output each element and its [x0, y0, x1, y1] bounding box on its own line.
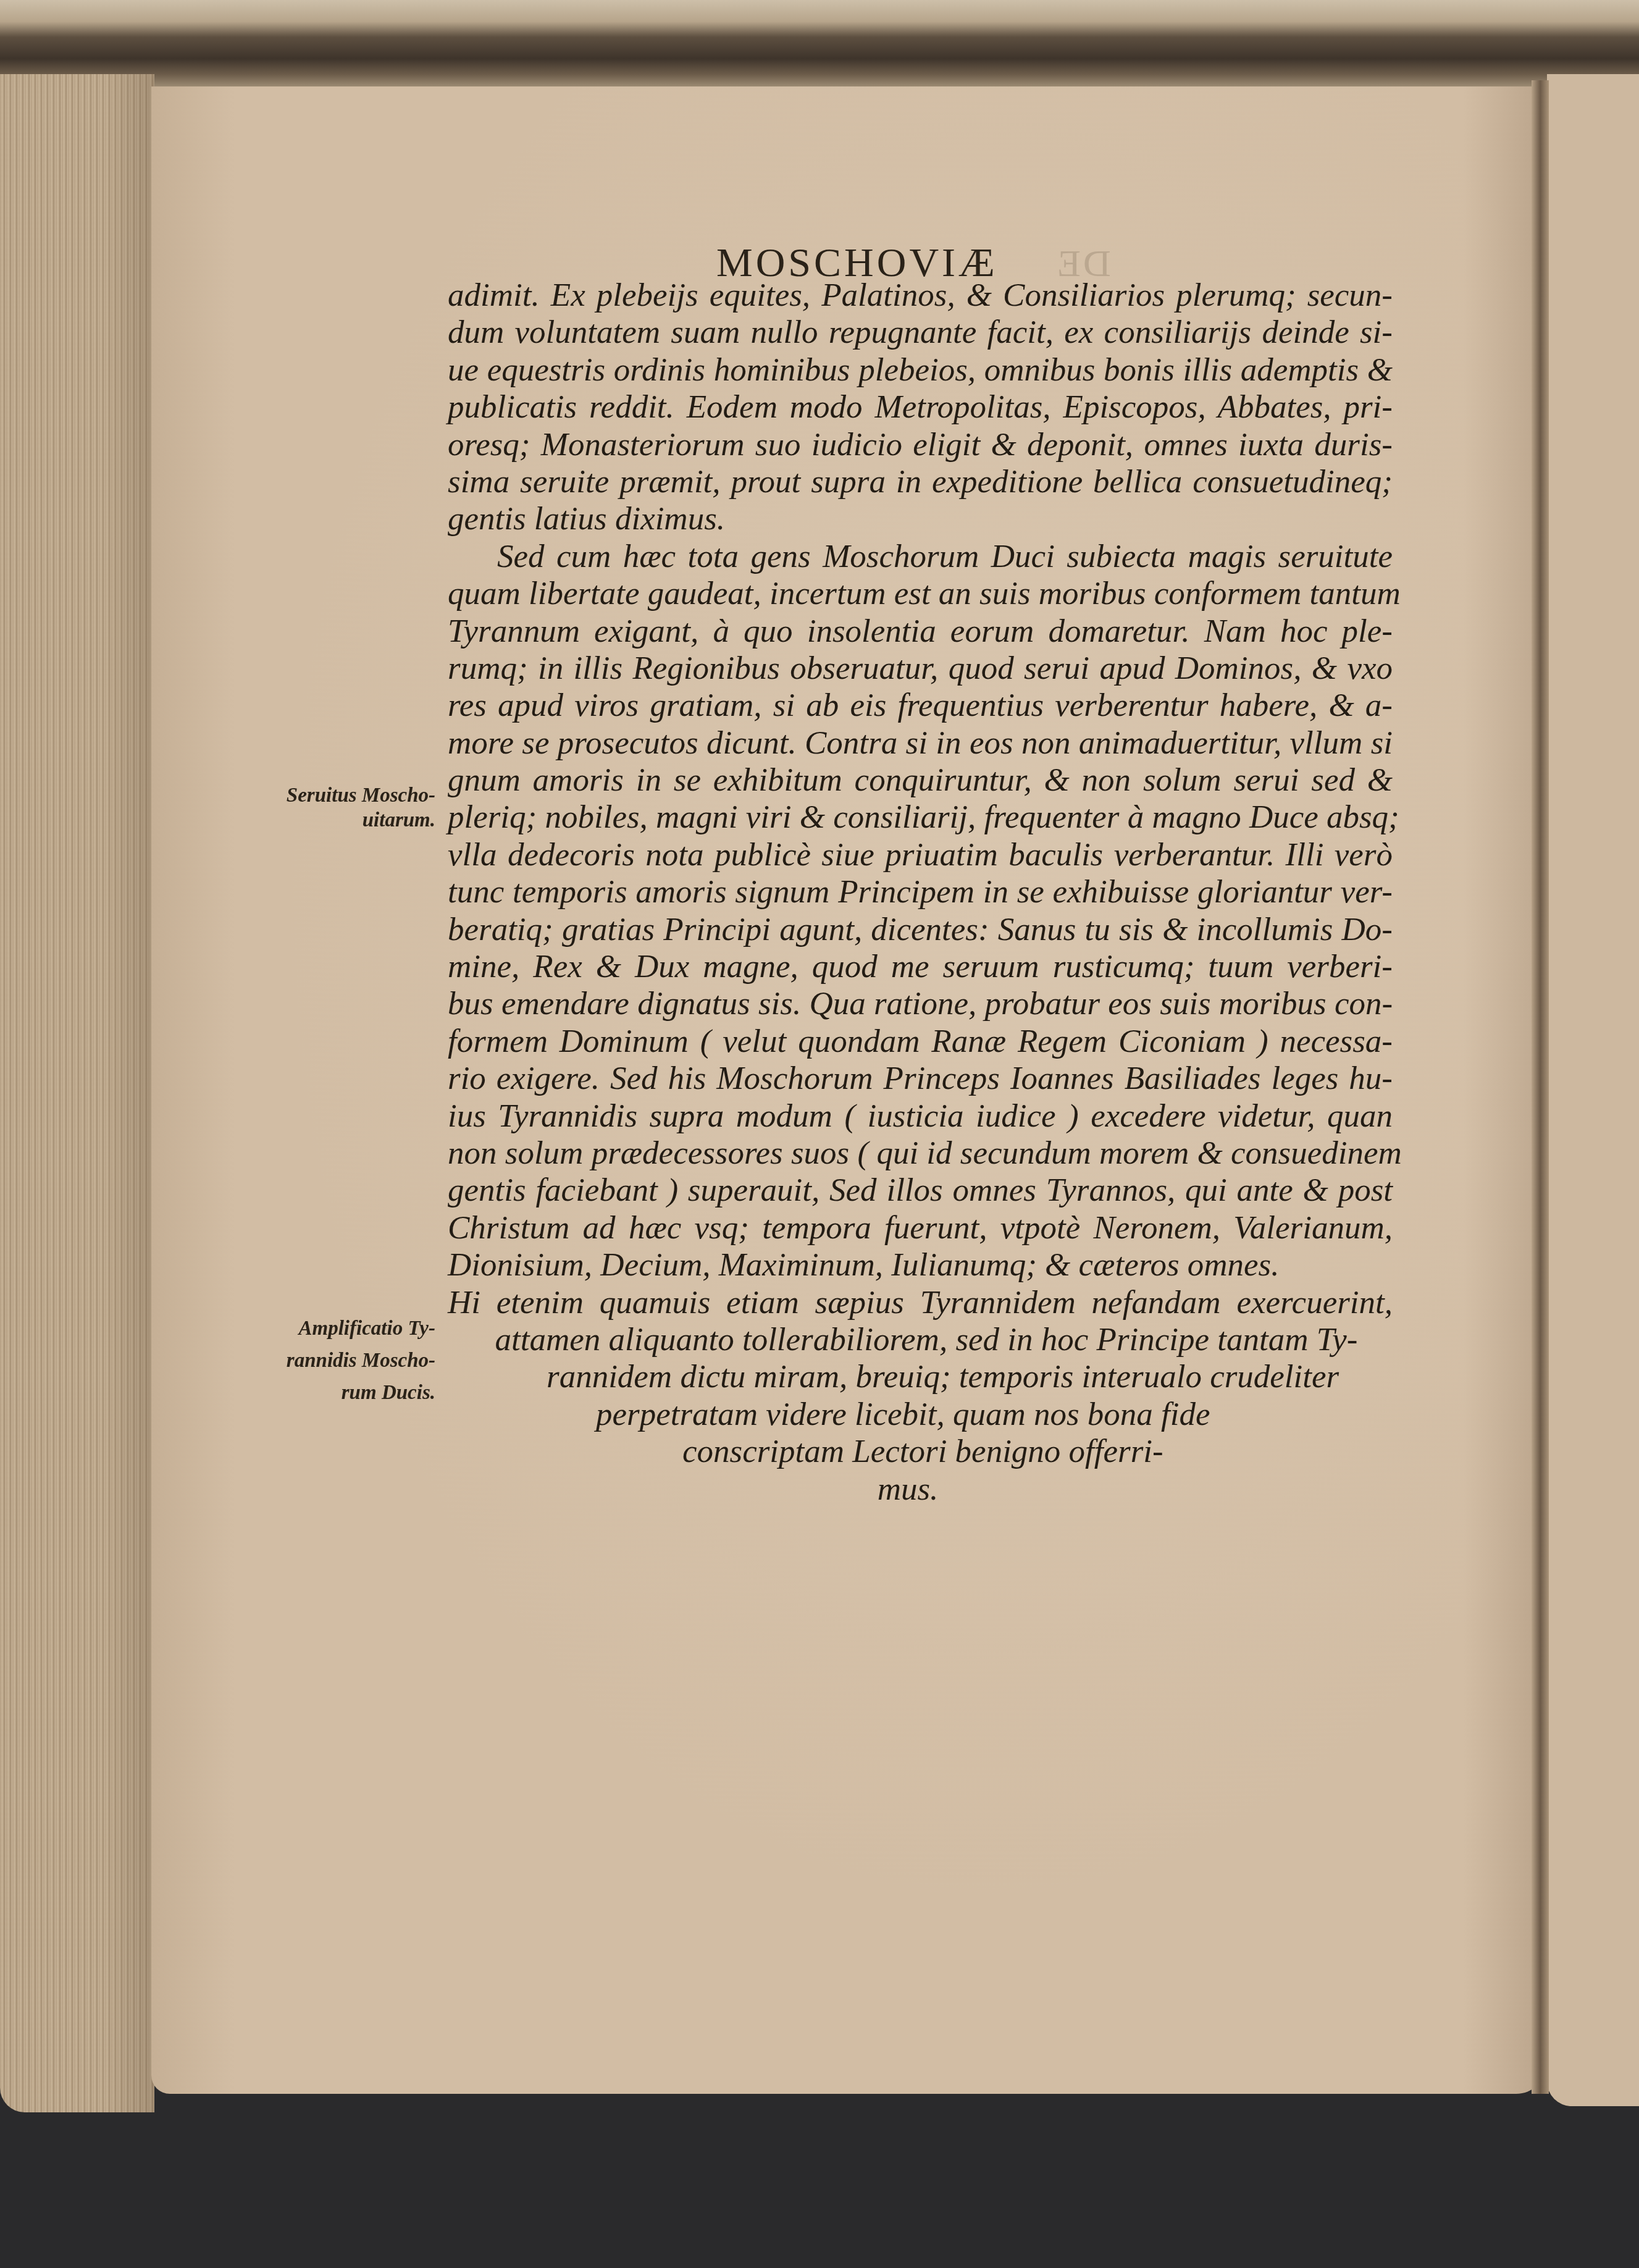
text-line: pleriq; nobiles, magni viri & consiliari…	[448, 799, 1393, 836]
text-line: rio exigere. Sed his Moschorum Princeps …	[448, 1060, 1393, 1097]
text-line: Hi etenim quamuis etiam sæpius Tyrannide…	[448, 1284, 1393, 1321]
text-line: formem Dominum ( velut quondam Ranæ Rege…	[448, 1023, 1393, 1060]
text-line: more se prosecutos dicunt. Contra si in …	[448, 724, 1393, 762]
text-line: ius Tyrannidis supra modum ( iusticia iu…	[448, 1098, 1393, 1135]
text-line: oresq; Monasteriorum suo iudicio eligit …	[448, 426, 1393, 463]
text-line: rannidem dictu miram, breuiq; temporis i…	[448, 1358, 1393, 1395]
facing-page-edge	[1547, 74, 1639, 2106]
text-line: Christum ad hæc vsq; tempora fuerunt, vt…	[448, 1209, 1393, 1246]
marginal-note-line: rannidis Moscho-	[235, 1345, 435, 1377]
marginal-note-servitus: Seruitus Moscho- uitarum.	[235, 783, 435, 833]
text-line: dum voluntatem suam nullo repugnante fac…	[448, 314, 1393, 351]
text-line: conscriptam Lectori benigno offerri-	[448, 1433, 1393, 1470]
text-line: sima seruite præmit, prout supra in expe…	[448, 463, 1393, 500]
text-line: bus emendare dignatus sis. Qua ratione, …	[448, 985, 1393, 1022]
text-line: Sed cum hæc tota gens Moschorum Duci sub…	[448, 538, 1393, 575]
marginal-note-line: rum Ducis.	[235, 1377, 435, 1409]
text-line: gnum amoris in se exhibitum conquiruntur…	[448, 762, 1393, 799]
text-line: Tyrannum exigant, à quo insolentia eorum…	[448, 613, 1393, 650]
marginal-note-line: Amplificatio Ty-	[235, 1312, 435, 1345]
text-line: vlla dedecoris nota publicè siue priuati…	[448, 836, 1393, 873]
marginal-note-line: uitarum.	[235, 808, 435, 833]
text-line: rumq; in illis Regionibus obseruatur, qu…	[448, 650, 1393, 687]
page-stack-shade	[105, 74, 154, 2112]
text-line: res apud viros gratiam, si ab eis freque…	[448, 687, 1393, 724]
text-line: attamen aliquanto tollerabiliorem, sed i…	[448, 1321, 1393, 1358]
text-line: mus.	[448, 1471, 1393, 1508]
marginal-note-amplificatio: Amplificatio Ty- rannidis Moscho- rum Du…	[235, 1312, 435, 1409]
text-line: quam libertate gaudeat, incertum est an …	[448, 575, 1393, 612]
text-line: Dionisium, Decium, Maximinum, Iulianumq;…	[448, 1246, 1393, 1283]
book-gutter	[1532, 80, 1549, 2094]
marginal-note-line: Seruitus Moscho-	[235, 783, 435, 808]
text-line: gentis faciebant ) superauit, Sed illos …	[448, 1172, 1393, 1209]
body-text: adimit. Ex plebeijs equites, Palatinos, …	[448, 277, 1393, 1508]
text-line: publicatis reddit. Eodem modo Metropolit…	[448, 388, 1393, 426]
text-line: perpetratam videre licebit, quam nos bon…	[448, 1396, 1393, 1433]
text-line: adimit. Ex plebeijs equites, Palatinos, …	[448, 277, 1393, 314]
text-line: non solum prædecessores suos ( qui id se…	[448, 1135, 1393, 1172]
text-line: mine, Rex & Dux magne, quod me seruum ru…	[448, 948, 1393, 985]
text-line: gentis latius diximus.	[448, 500, 1393, 537]
text-line: beratiq; gratias Principi agunt, dicente…	[448, 911, 1393, 948]
text-line: ue equestris ordinis hominibus plebeios,…	[448, 351, 1393, 388]
text-line: tunc temporis amoris signum Principem in…	[448, 873, 1393, 910]
page-stack-edges	[0, 74, 154, 2112]
